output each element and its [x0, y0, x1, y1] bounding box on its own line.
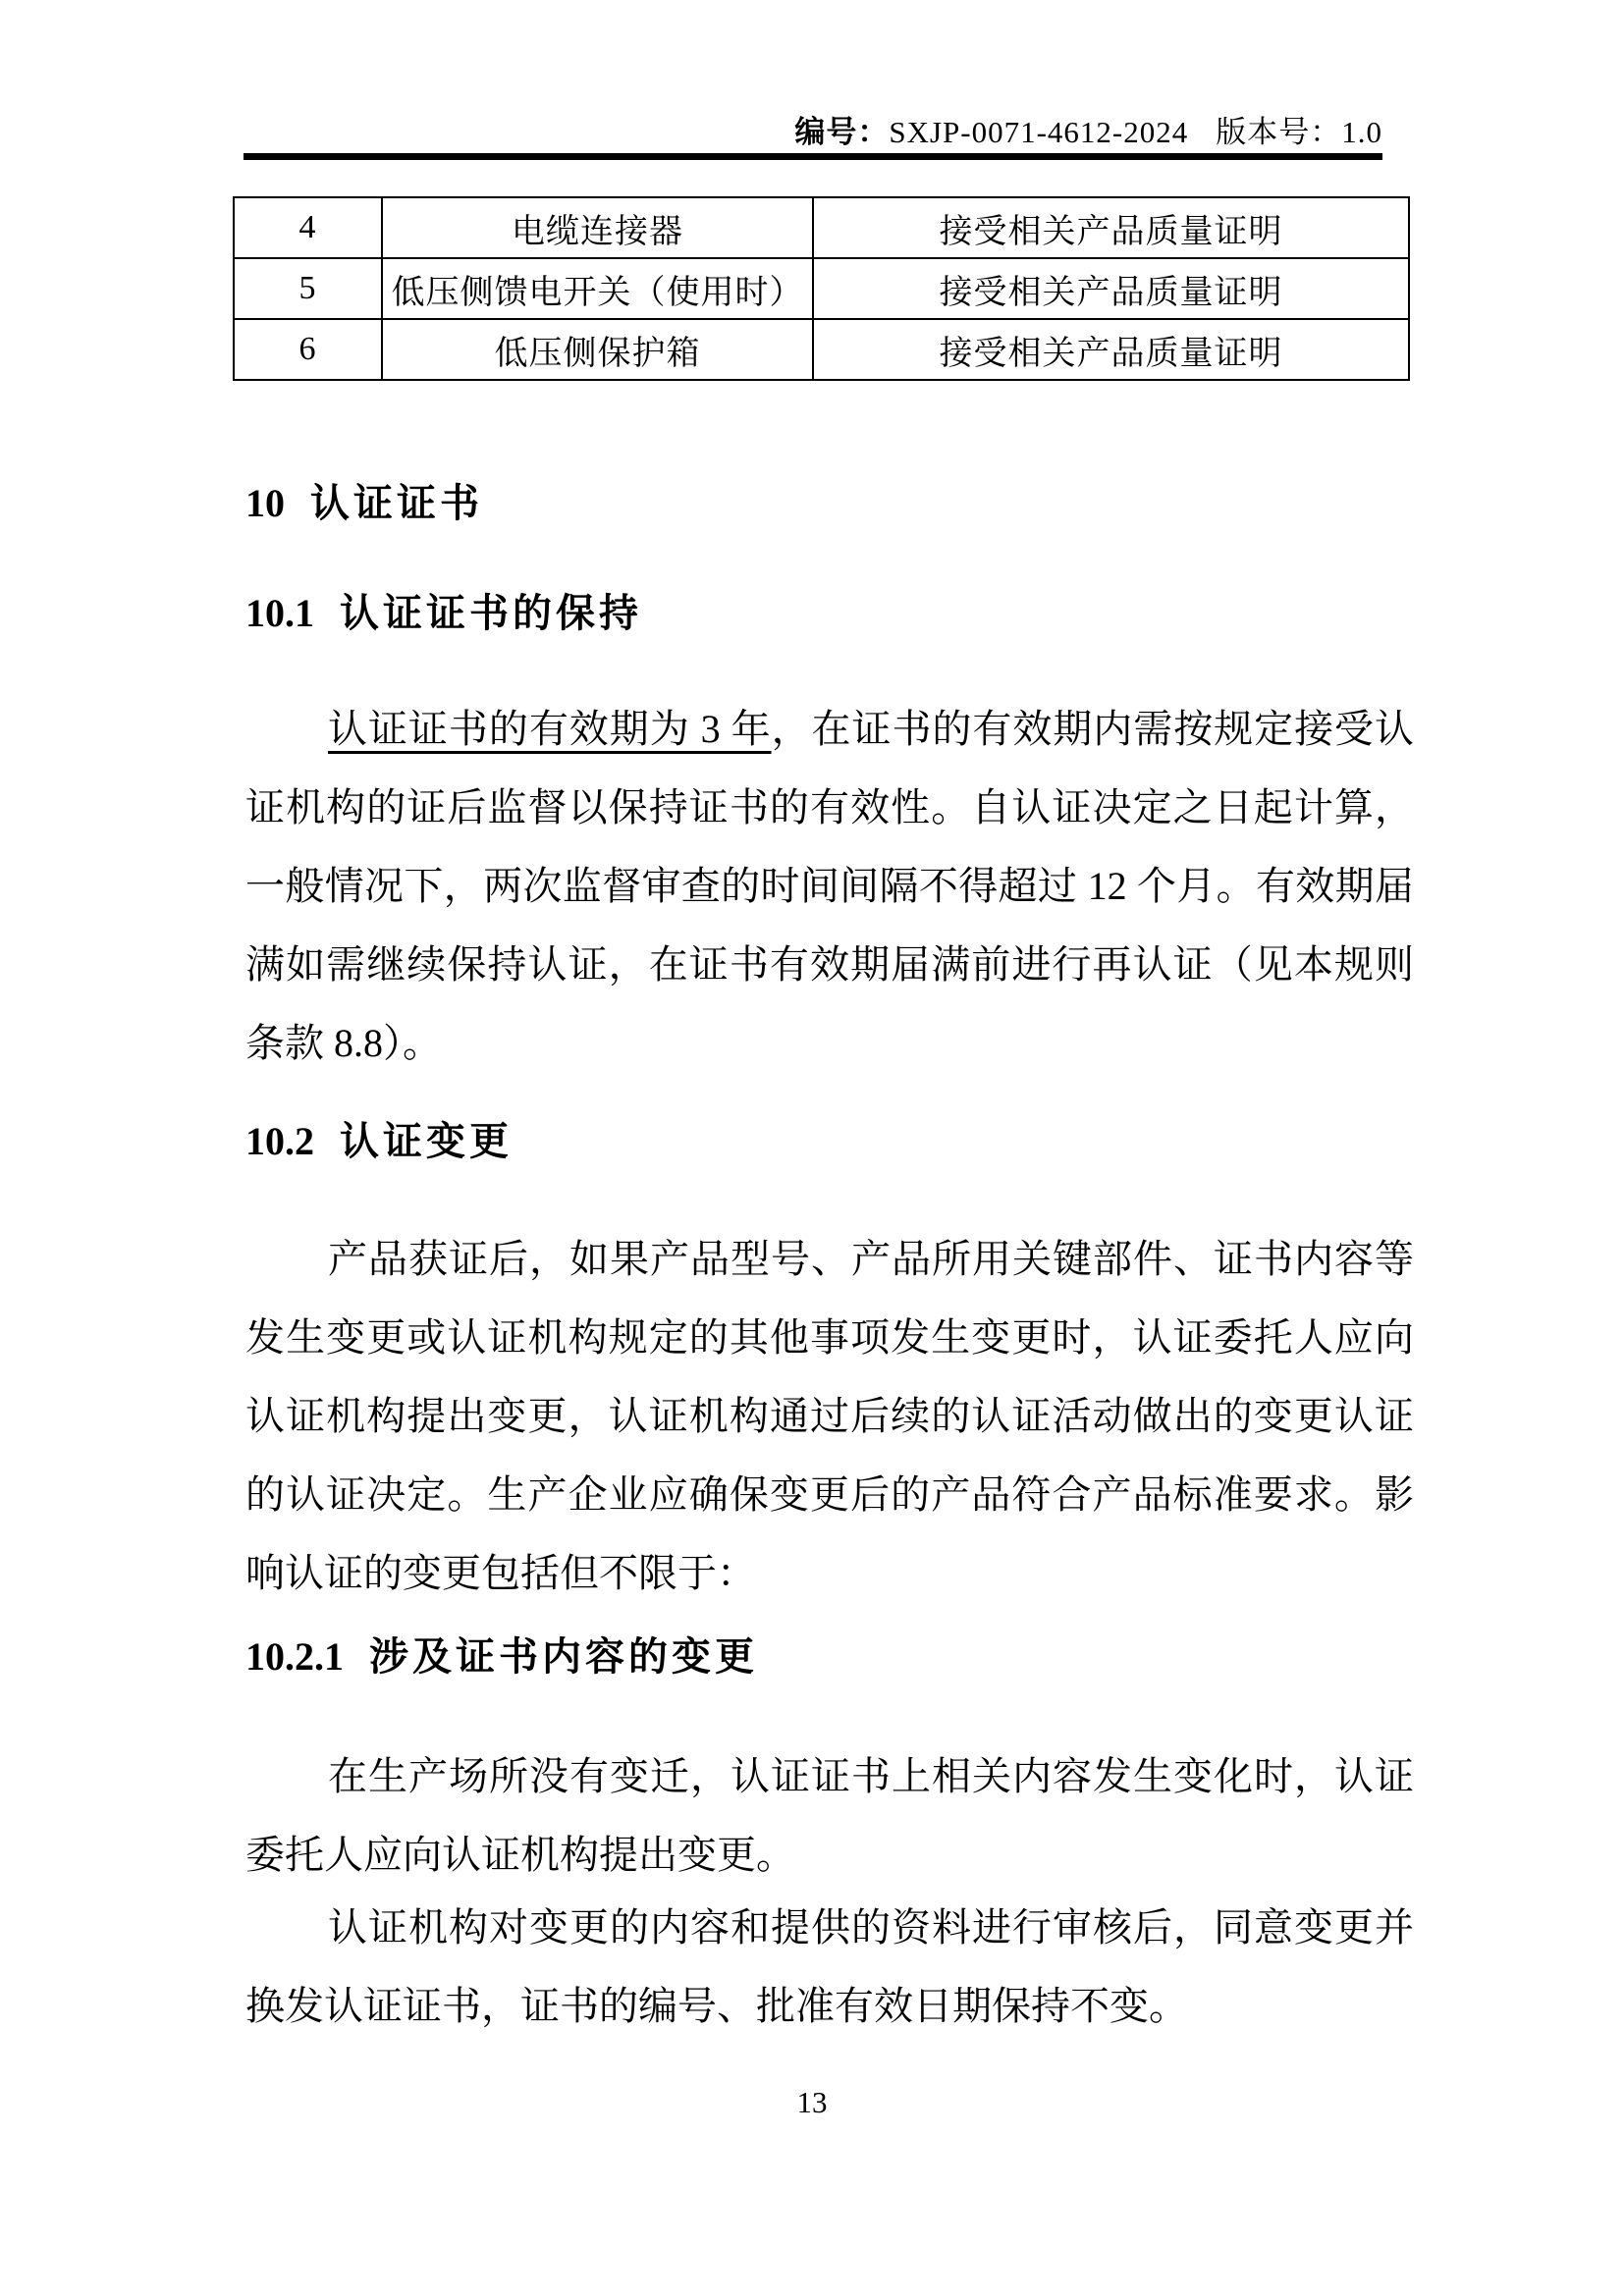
heading-10-2-1: 10.2.1涉及证书内容的变更: [245, 1633, 1414, 1681]
paragraph-text: 产品获证后，如果产品型号、产品所用关键部件、证书内容等发生变更或认证机构规定的其…: [245, 1237, 1414, 1595]
paragraph-10-1: 认证证书的有效期为 3 年，在证书的有效期内需按规定接受认证机构的证后监督以保持…: [245, 690, 1414, 1083]
page-number: 13: [0, 2085, 1624, 2120]
cell-requirement: 接受相关产品质量证明: [813, 197, 1409, 258]
heading-number: 10: [245, 480, 285, 527]
paragraph-text: ，在证书的有效期内需按规定接受认证机构的证后监督以保持证书的有效性。自认证决定之…: [245, 707, 1414, 1065]
heading-10: 10认证证书: [245, 480, 1414, 527]
cell-row-number: 4: [234, 197, 382, 258]
header-divider-rule: [244, 153, 1382, 160]
key-parts-table: 4 电缆连接器 接受相关产品质量证明 5 低压侧馈电开关（使用时） 接受相关产品…: [233, 196, 1410, 381]
version-label: 版本号：: [1216, 115, 1341, 149]
table-row: 6 低压侧保护箱 接受相关产品质量证明: [234, 319, 1409, 380]
underlined-validity-clause: 认证证书的有效期为 3 年: [328, 707, 772, 751]
heading-number: 10.2: [245, 1118, 314, 1165]
heading-number: 10.2.1: [245, 1633, 344, 1681]
version-value: 1.0: [1341, 115, 1382, 149]
paragraph-text: 在生产场所没有变迁，认证证书上相关内容发生变化时，认证委托人应向认证机构提出变更…: [245, 1754, 1414, 1877]
table-row: 4 电缆连接器 接受相关产品质量证明: [234, 197, 1409, 258]
cell-row-number: 5: [234, 258, 382, 319]
cell-part-name: 电缆连接器: [382, 197, 813, 258]
heading-10-1: 10.1认证证书的保持: [245, 590, 1414, 637]
cell-requirement: 接受相关产品质量证明: [813, 319, 1409, 380]
page-header: 编号：SXJP-0071-4612-2024版本号：1.0: [245, 114, 1382, 151]
heading-title: 认证变更: [340, 1118, 513, 1165]
paragraph-10-2: 产品获证后，如果产品型号、产品所用关键部件、证书内容等发生变更或认证机构规定的其…: [245, 1220, 1414, 1613]
heading-10-2: 10.2认证变更: [245, 1118, 1414, 1165]
cell-requirement: 接受相关产品质量证明: [813, 258, 1409, 319]
table-row: 5 低压侧馈电开关（使用时） 接受相关产品质量证明: [234, 258, 1409, 319]
doc-number-value: SXJP-0071-4612-2024: [889, 115, 1188, 149]
document-page: 编号：SXJP-0071-4612-2024版本号：1.0 4 电缆连接器 接受…: [0, 0, 1624, 2296]
heading-title: 认证证书的保持: [340, 590, 642, 637]
heading-title: 涉及证书内容的变更: [369, 1633, 758, 1681]
paragraph-10-2-1-second: 认证机构对变更的内容和提供的资料进行审核后，同意变更并换发认证证书，证书的编号、…: [245, 1889, 1414, 2046]
paragraph-text: 认证机构对变更的内容和提供的资料进行审核后，同意变更并换发认证证书，证书的编号、…: [245, 1905, 1414, 2028]
heading-title: 认证证书: [310, 480, 483, 527]
cell-part-name: 低压侧馈电开关（使用时）: [382, 258, 813, 319]
heading-number: 10.1: [245, 590, 314, 637]
doc-number-label: 编号：: [794, 115, 889, 149]
cell-part-name: 低压侧保护箱: [382, 319, 813, 380]
paragraph-10-2-1-first: 在生产场所没有变迁，认证证书上相关内容发生变化时，认证委托人应向认证机构提出变更…: [245, 1737, 1414, 1895]
cell-row-number: 6: [234, 319, 382, 380]
